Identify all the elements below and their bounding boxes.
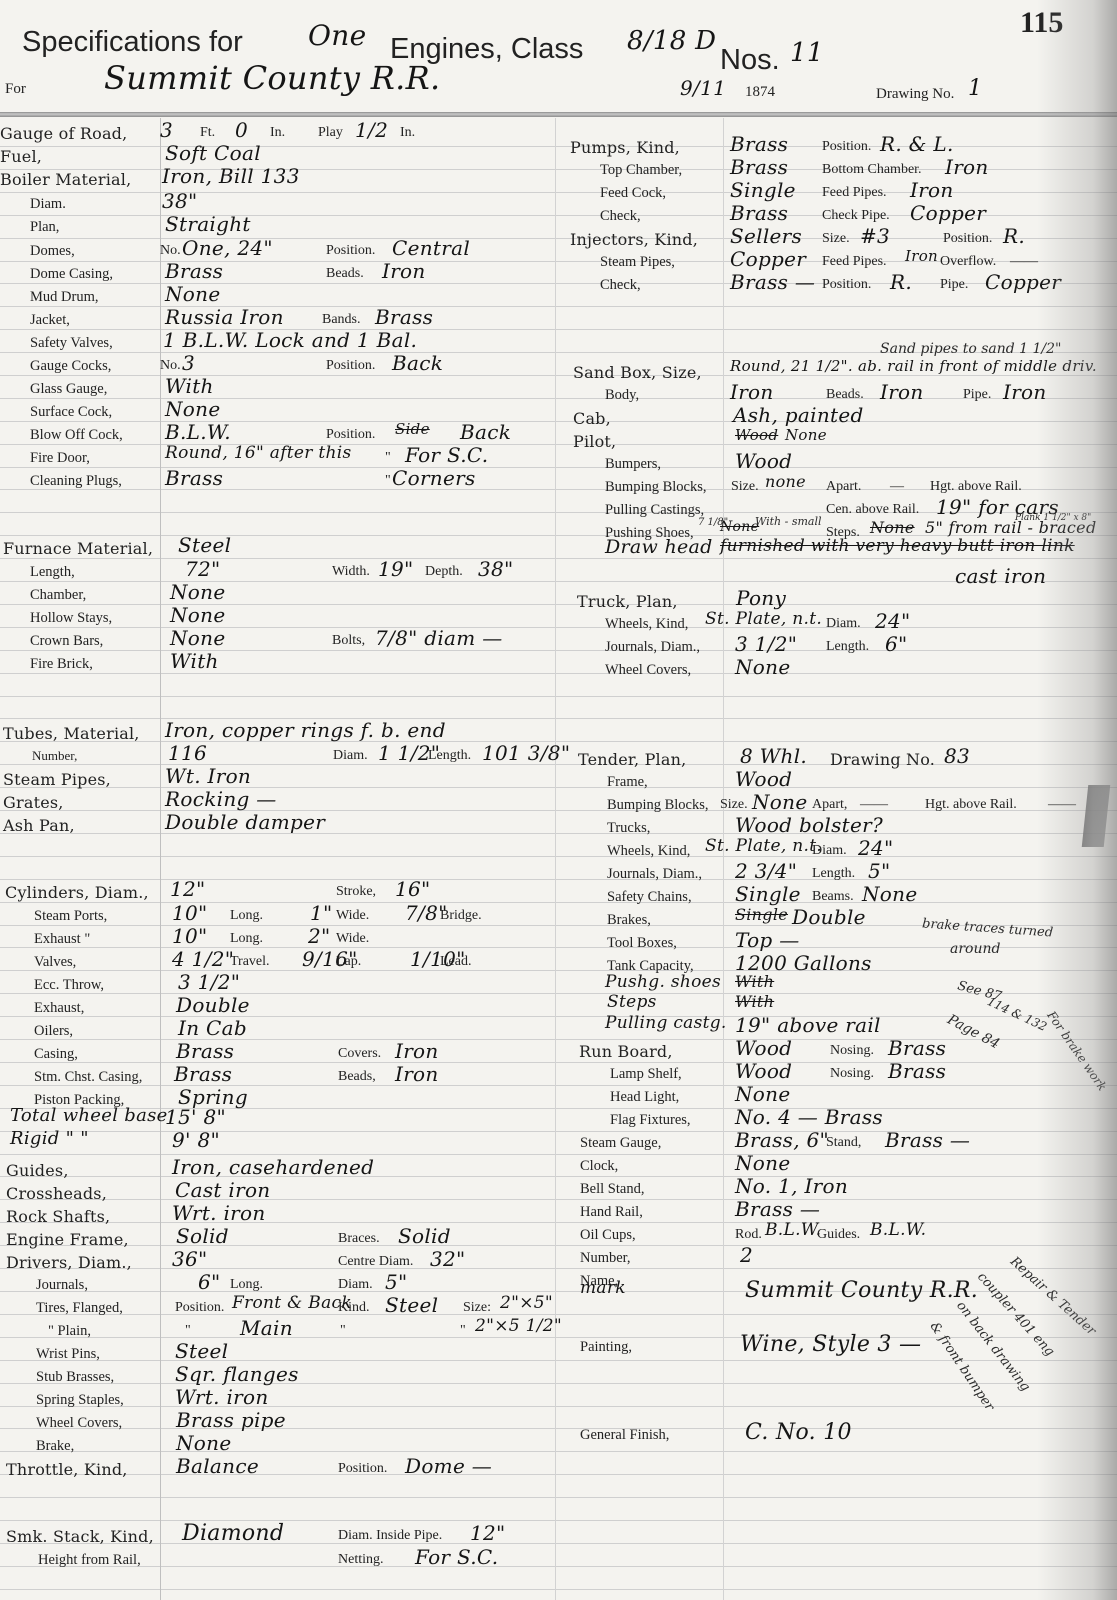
value-total-wheel-base: 15' 8" (165, 1107, 226, 1127)
label-surface-cock: Surface Cock, (30, 405, 112, 420)
label-ecc-throw: Ecc. Throw, (34, 978, 104, 993)
value-hand-rail: Brass — (735, 1199, 820, 1219)
netting-label: Netting. (338, 1553, 384, 1567)
label-crown-bars: Crown Bars, (30, 634, 103, 649)
injector-size-label: Size. (822, 232, 850, 246)
value-steps-struck: None (870, 520, 915, 536)
label-brake: Brake, (36, 1439, 74, 1454)
value-bb-apart: — (890, 480, 904, 494)
value-pumps: Brass (730, 134, 788, 154)
label-cylinders: Cylinders, Diam., (5, 885, 149, 901)
ruled-line (0, 1062, 1117, 1063)
value-ecc-throw: 3 1/2" (178, 972, 240, 992)
gauge-ft: 3 (160, 120, 173, 140)
oil-guides-label: Guides. (817, 1228, 860, 1242)
label-body: Body, (605, 388, 639, 403)
value-name: Summit County R.R. (745, 1280, 978, 1302)
value-top-chamber: Brass (730, 157, 788, 177)
label-name-mark: mark (580, 1280, 626, 1297)
body-pipe-label: Pipe. (963, 388, 991, 402)
order-date: 9/11 (680, 78, 726, 98)
value-feed-pipes: Iron (910, 180, 954, 200)
label-feed-cock: Feed Cock, (600, 186, 666, 201)
value-draw-head: cast iron (955, 566, 1046, 586)
value-beams: None (862, 884, 917, 904)
depth-label: Depth. (425, 565, 463, 579)
label-injectors: Injectors, Kind, (570, 232, 698, 248)
label-exhaust-ports: Exhaust " (34, 932, 90, 947)
ruled-line (0, 902, 1117, 903)
value-inj-feed-pipes: Iron (905, 249, 938, 264)
value-depth: 38" (478, 559, 514, 579)
t-bb-size-label: Size. (720, 798, 748, 812)
label-smk-stack: Smk. Stack, Kind, (6, 1529, 154, 1545)
ruled-line (0, 1451, 1117, 1452)
label-gauge: Gauge of Road, (0, 126, 127, 142)
label-tires-flanged: Tires, Flanged, (36, 1301, 123, 1316)
ruled-line (0, 1199, 1117, 1200)
title-prefix: Specifications for (22, 28, 243, 57)
label-rigid: Rigid " " (10, 1130, 89, 1148)
ruled-line (0, 1039, 1117, 1040)
value-tubes-material: Iron, copper rings f. b. end (165, 720, 446, 740)
value-stub-brasses: Sqr. flanges (175, 1364, 299, 1384)
value-brakes: Double (792, 907, 866, 927)
label-plan: Plan, (30, 220, 59, 235)
label-draw-head: Draw head (605, 538, 713, 557)
value-fire-brick: With (170, 651, 219, 671)
label-head-light: Head Light, (610, 1090, 679, 1105)
steps-note: Plank 1 1/2" x 8" (1015, 514, 1091, 523)
value-body-pipe: Iron (1003, 382, 1047, 402)
gauge-play: 1/2 (355, 120, 388, 140)
overflow-label: Overflow. (940, 255, 996, 269)
stand-label: Stand, (826, 1136, 861, 1150)
label-t-journals: Journals, Diam., (607, 867, 702, 882)
annotation-see-4: For brake work (1045, 1009, 1109, 1093)
value-blow-off-position-struck: Side (395, 422, 430, 437)
label-diam: Diam. (30, 197, 66, 212)
in-label: In. (270, 126, 285, 140)
value-t-wheels: St. Plate, n.t. (705, 838, 822, 855)
value-boiler-material: Iron, Bill 133 (162, 166, 300, 186)
value-tires-plain-position: Main (240, 1318, 293, 1338)
smk-diam-label: Diam. Inside Pipe. (338, 1529, 442, 1543)
value-general-finish: C. No. 10 (745, 1422, 852, 1444)
pumps-position-label: Position. (822, 140, 871, 154)
truck-diam-label: Diam. (826, 617, 861, 631)
for-label: For (5, 82, 26, 97)
braces-label: Braces. (338, 1232, 380, 1246)
value-journals-diam: 5" (385, 1272, 408, 1292)
label-jacket: Jacket, (30, 313, 70, 328)
ruled-line (0, 673, 1117, 674)
value-domes: One, 24" (182, 238, 273, 258)
value-tender-drawing: 83 (944, 746, 970, 766)
value-fuel: Soft Coal (165, 143, 261, 163)
ruled-line (0, 1497, 1117, 1498)
label-crossheads: Crossheads, (6, 1186, 107, 1202)
value-injectors: Sellers (730, 226, 802, 246)
exhaust-ports-long-label: Long. (230, 932, 263, 946)
label-safety-valves: Safety Valves, (30, 336, 113, 351)
value-length: 72" (185, 559, 221, 579)
value-tank-capacity: 1200 Gallons (735, 953, 872, 973)
injector-position-label: Position. (943, 232, 992, 246)
annotation-brake-2: around (950, 942, 1000, 956)
value-lamp-shelf-nosing: Brass (888, 1061, 946, 1081)
value-tires-position: Front & Back (232, 1295, 352, 1312)
label-number: Number, (580, 1251, 631, 1266)
label-guides: Guides, (6, 1163, 69, 1179)
value-engine-frame: Solid (176, 1226, 229, 1246)
gauge-cocks-no-label: No. (160, 359, 181, 373)
page-number: 115 (1020, 8, 1063, 38)
label-furnace-material: Furnace Material, (3, 541, 153, 557)
label-fuel: Fuel, (0, 149, 42, 165)
value-bell-stand: No. 1, Iron (735, 1176, 848, 1196)
value-tubes-number: 116 (168, 743, 207, 763)
value-bolts: 7/8" diam — (375, 628, 503, 648)
stroke-label: Stroke, (336, 885, 376, 899)
value-oilers: In Cab (178, 1018, 247, 1038)
value-glass-gauge: With (165, 376, 214, 396)
label-steps-t: Steps (607, 994, 657, 1011)
label-t-bumping-blocks: Bumping Blocks, (607, 798, 709, 813)
value-cleaning-plugs-position: Corners (392, 468, 476, 488)
annotation-see-3: Page 84 (945, 1013, 1002, 1052)
value-steam-pipes: Wt. Iron (165, 766, 251, 786)
label-fire-brick: Fire Brick, (30, 657, 93, 672)
value-safety-valves: 1 B.L.W. Lock and 1 Bal. (163, 330, 417, 350)
label-safety-chains: Safety Chains, (607, 890, 692, 905)
label-trucks: Trucks, (607, 821, 650, 836)
inj-feed-pipes-label: Feed Pipes. (822, 255, 887, 269)
value-run-board: Wood (735, 1038, 792, 1058)
label-ash-pan: Ash Pan, (3, 818, 75, 834)
tires-kind-label: Kind. (338, 1301, 370, 1315)
check-pipe-label: Check Pipe. (822, 209, 890, 223)
value-spring-staples: Wrt. iron (175, 1387, 269, 1407)
run-board-nosing-label: Nosing. (830, 1044, 874, 1058)
value-tender-plan: 8 Whl. (740, 746, 807, 766)
value-pushing-shoes: With - small (755, 516, 822, 527)
value-cab: Ash, painted (733, 405, 864, 425)
ruled-line (0, 650, 1117, 651)
label-journals: Journals, (36, 1278, 88, 1293)
value-netting: For S.C. (415, 1547, 498, 1567)
bb-apart-label: Apart. (826, 480, 861, 494)
feed-pipes-label: Feed Pipes. (822, 186, 887, 200)
value-inj-check: Brass — (730, 272, 815, 292)
value-clock: None (735, 1153, 790, 1173)
value-truck-diam: 24" (875, 611, 911, 631)
label-wrist-pins: Wrist Pins, (36, 1347, 100, 1362)
value-smk-diam: 12" (470, 1523, 506, 1543)
steam-ports-bridge-label: Bridge. (440, 909, 482, 923)
label-lamp-shelf: Lamp Shelf, (610, 1067, 682, 1082)
spec-sheet-page: 115 Specifications for One Engines, Clas… (0, 0, 1117, 1600)
value-wheel-covers: Brass pipe (176, 1410, 286, 1430)
jacket-bands-label: Bands. (322, 313, 361, 327)
exhaust-ports-wide-label: Wide. (336, 932, 369, 946)
play-in-label: In. (400, 126, 415, 140)
drawing-label: Drawing No. (876, 87, 954, 102)
value-surface-cock: None (165, 399, 220, 419)
value-casing: Brass (176, 1041, 234, 1061)
label-tubes-number: Number, (32, 749, 77, 762)
label-truck-wheels: Wheels, Kind, (605, 617, 688, 632)
value-pumps-position: R. & L. (880, 134, 954, 154)
label-flag-fixtures: Flag Fixtures, (610, 1113, 691, 1128)
valves-lap-label: Lap. (336, 955, 361, 969)
value-steps-t-struck: With (735, 994, 774, 1010)
value-safety-chains: Single (735, 884, 801, 904)
page-tab-shadow (1082, 785, 1111, 847)
value-steam-ports: 10" (172, 903, 208, 923)
value-blow-off-position: Back (460, 422, 511, 442)
value-bb-size: none (765, 474, 806, 490)
value-tires-kind: Steel (385, 1295, 438, 1315)
label-cab: Cab, (573, 411, 611, 427)
right-value-column-divider (723, 118, 724, 1600)
label-total-wheel-base: Total wheel base (10, 1107, 168, 1125)
value-inj-pipe: Copper (985, 272, 1061, 292)
ruled-line (0, 1566, 1117, 1567)
value-centre-diam: 32" (430, 1249, 466, 1269)
tires-plain-size-ditto: " (460, 1324, 466, 1338)
label-pilot: Pilot, (573, 434, 616, 450)
label-mud-drum: Mud Drum, (30, 290, 98, 305)
value-stm-beads: Iron (395, 1064, 439, 1084)
tubes-diam-label: Diam. (333, 749, 368, 763)
value-blow-off-cock: B.L.W. (165, 422, 231, 442)
value-t-journals: 2 3/4" (735, 861, 797, 881)
value-exhaust-ports-wide: 2" (308, 926, 331, 946)
t-wheels-diam-label: Diam. (812, 844, 847, 858)
label-bell-stand: Bell Stand, (580, 1182, 644, 1197)
value-t-journals-length: 5" (868, 861, 891, 881)
ruled-line (0, 1314, 1117, 1315)
journals-diam-label: Diam. (338, 1278, 373, 1292)
value-injector-position: R. (1003, 226, 1025, 246)
value-trucks: Wood bolster? (735, 815, 883, 835)
value-inj-check-position: R. (890, 272, 912, 292)
label-chamber: Chamber, (30, 588, 86, 603)
value-ash-pan: Double damper (165, 812, 325, 832)
bb-size-label: Size. (731, 480, 759, 494)
value-jacket: Russia Iron (165, 307, 284, 327)
value-plan: Straight (165, 214, 251, 234)
ruled-line (0, 627, 1117, 628)
value-dome-beads: Iron (382, 261, 426, 281)
label-hand-rail: Hand Rail, (580, 1205, 643, 1220)
label-cleaning-plugs: Cleaning Plugs, (30, 474, 122, 489)
journals-long-label: Long. (230, 1278, 263, 1292)
label-painting: Painting, (580, 1340, 632, 1355)
value-check-pipe: Copper (910, 203, 986, 223)
label-bumpers: Bumpers, (605, 457, 661, 472)
value-truck-wheel-covers: None (735, 657, 790, 677)
engine-quantity: One (308, 22, 366, 50)
value-braces: Solid (398, 1226, 451, 1246)
label-bumping-blocks: Bumping Blocks, (605, 480, 707, 495)
label-fire-door: Fire Door, (30, 451, 90, 466)
value-truck-length: 6" (885, 634, 908, 654)
value-run-board-nosing: Brass (888, 1038, 946, 1058)
value-truck-journals: 3 1/2" (735, 634, 797, 654)
value-steam-ports-wide: 1" (310, 903, 333, 923)
label-truck-wheel-covers: Wheel Covers, (605, 663, 691, 678)
value-crossheads: Cast iron (175, 1180, 270, 1200)
ruled-line (0, 1222, 1117, 1223)
value-injector-size: #3 (860, 226, 890, 246)
value-crown-bars: None (170, 628, 225, 648)
label-blow-off-cock: Blow Off Cock, (30, 428, 123, 443)
gauge-cocks-position-label: Position. (326, 359, 375, 373)
ruled-line (0, 581, 1117, 582)
centre-diam-label: Centre Diam. (338, 1255, 413, 1269)
label-oilers: Oilers, (34, 1024, 73, 1039)
beams-label: Beams. (812, 890, 854, 904)
value-chamber: None (170, 582, 225, 602)
label-t-wheels: Wheels, Kind, (607, 844, 690, 859)
label-stub-brasses: Stub Brasses, (36, 1370, 114, 1385)
value-inj-steam-pipes: Copper (730, 249, 806, 269)
label-inj-check: Check, (600, 278, 641, 293)
value-gauge-cocks-position: Back (392, 353, 443, 373)
label-stm-chst-casing: Stm. Chst. Casing, (34, 1070, 142, 1085)
value-pilot-struck: Wood (735, 428, 778, 443)
bolts-label: Bolts, (332, 634, 365, 648)
label-brakes: Brakes, (607, 913, 651, 928)
value-frame: Wood (735, 769, 792, 789)
label-tires-plain: " Plain, (48, 1324, 91, 1339)
value-overflow: —— (1010, 255, 1038, 269)
value-rock-shafts: Wrt. iron (172, 1203, 266, 1223)
value-dome-casing: Brass (165, 261, 223, 281)
label-oil-cups: Oil Cups, (580, 1228, 636, 1243)
value-pulling-castg: 19" above rail (735, 1015, 881, 1035)
value-width: 19" (378, 559, 414, 579)
label-height-from-rail: Height from Rail, (38, 1553, 141, 1568)
label-boiler-material: Boiler Material, (0, 172, 131, 188)
label-pulling-castg: Pulling castg. (605, 1015, 727, 1032)
value-exhaust: Double (176, 995, 250, 1015)
cleaning-plugs-ditto: " (385, 474, 391, 488)
center-column-divider (555, 118, 556, 1600)
label-throttle: Throttle, Kind, (6, 1462, 128, 1478)
ft-label: Ft. (200, 126, 215, 140)
ruled-line (0, 879, 1117, 880)
domes-no-label: No. (160, 244, 181, 258)
value-t-wheels-diam: 24" (858, 838, 894, 858)
valves-travel-label: Travel. (230, 955, 270, 969)
customer-name: Summit County R.R. (104, 62, 441, 94)
label-check: Check, (600, 209, 641, 224)
label-run-board: Run Board, (579, 1044, 673, 1060)
domes-position-label: Position. (326, 244, 375, 258)
ruled-line (0, 696, 1117, 697)
value-grates: Rocking — (165, 789, 277, 809)
value-brakes-struck: Single (735, 907, 788, 923)
value-flag-fixtures: No. 4 — Brass (735, 1107, 883, 1127)
annotation-see-2: 114 & 132 (985, 995, 1048, 1033)
tires-plain-ditto: " (185, 1324, 191, 1338)
label-inj-steam-pipes: Steam Pipes, (600, 255, 675, 270)
label-frame: Frame, (607, 775, 648, 790)
label-steam-gauge: Steam Gauge, (580, 1136, 661, 1151)
bb-hgt-label: Hgt. above Rail. (930, 480, 1022, 494)
ruled-line (0, 1406, 1117, 1407)
covers-label: Covers. (338, 1047, 381, 1061)
ruled-line (0, 1520, 1117, 1521)
value-bumpers: Wood (735, 451, 792, 471)
ruled-line (0, 1154, 1117, 1155)
dome-beads-label: Beads. (326, 267, 364, 281)
fire-door-ditto: " (385, 451, 391, 465)
label-grates: Grates, (3, 795, 64, 811)
nos-label: Nos. (720, 46, 780, 75)
tires-plain-kind: " (340, 1324, 346, 1338)
tubes-length-label: Length. (428, 749, 471, 763)
label-spring-staples: Spring Staples, (36, 1393, 124, 1408)
rod-label: Rod. (735, 1228, 762, 1242)
label-casing: Casing, (34, 1047, 78, 1062)
value-sand-box: Round, 21 1/2". ab. rail in front of mid… (730, 359, 1097, 374)
valves-lead-label: Lead. (440, 955, 471, 969)
blow-off-position-label: Position. (326, 428, 375, 442)
value-guides: Iron, casehardened (172, 1157, 374, 1177)
sand-note: Sand pipes to sand 1 1/2" (880, 342, 1061, 356)
value-bottom-chamber: Iron (945, 157, 989, 177)
value-wrist-pins: Steel (175, 1341, 228, 1361)
ruled-line (0, 558, 1117, 559)
value-fire-door-position: For S.C. (405, 445, 488, 465)
value-pushing-shoes-t-struck: With (735, 974, 774, 990)
ruled-line (0, 1176, 1117, 1177)
gauge-in: 0 (235, 120, 248, 140)
value-cleaning-plugs: Brass (165, 468, 223, 488)
steam-ports-long-label: Long. (230, 909, 263, 923)
value-stand: Brass — (885, 1130, 970, 1150)
value-domes-position: Central (392, 238, 470, 258)
value-fire-door: Round, 16" after this (165, 445, 352, 462)
throttle-position-label: Position. (338, 1462, 387, 1476)
label-tool-boxes: Tool Boxes, (607, 936, 677, 951)
value-body: Iron (730, 382, 774, 402)
ruled-line (0, 604, 1117, 605)
value-covers: Iron (395, 1041, 439, 1061)
ruled-line (0, 993, 1117, 994)
value-stm-chst-casing: Brass (174, 1064, 232, 1084)
ruled-line (0, 1085, 1117, 1086)
tires-size-label: Size: (463, 1301, 491, 1315)
ruled-line (0, 1543, 1117, 1544)
header-rule (0, 112, 1117, 117)
value-mud-drum: None (165, 284, 220, 304)
value-check: Brass (730, 203, 788, 223)
value-throttle: Balance (176, 1456, 259, 1476)
engine-numbers: 11 (790, 40, 824, 66)
play-label: Play (318, 126, 343, 140)
label-exhaust: Exhaust, (34, 1001, 84, 1016)
inj-check-position-label: Position. (822, 278, 871, 292)
label-tender: Tender, Plan, (578, 752, 686, 768)
value-painting: Wine, Style 3 — (740, 1334, 921, 1356)
label-pumps: Pumps, Kind, (570, 140, 680, 156)
lamp-shelf-nosing-label: Nosing. (830, 1067, 874, 1081)
